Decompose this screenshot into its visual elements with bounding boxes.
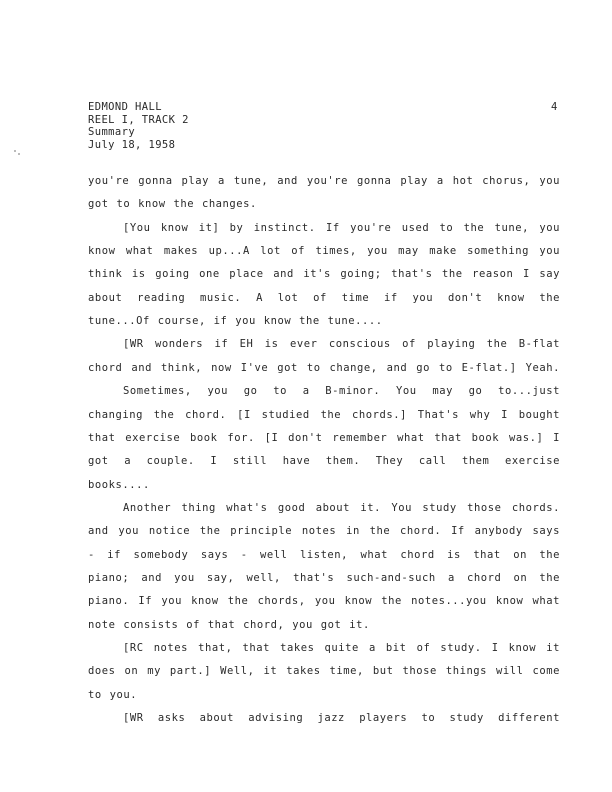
text-line: think is going one place and it's going;…: [88, 268, 560, 280]
text-line: Sometimes, you go to a B-minor. You may …: [88, 385, 560, 397]
header-type: Summary: [88, 126, 189, 139]
text-line: changing the chord. [I studied the chord…: [88, 409, 560, 421]
text-line: piano. If you know the chords, you know …: [88, 595, 560, 607]
text-line: does on my part.] Well, it takes time, b…: [88, 665, 560, 677]
text-line: piano; and you say, well, that's such-an…: [88, 572, 560, 584]
text-line: [You know it] by instinct. If you're use…: [88, 222, 560, 234]
header-reel: REEL I, TRACK 2: [88, 114, 189, 127]
page-number: 4: [551, 101, 557, 113]
text-line: note consists of that chord, you got it.: [88, 619, 560, 631]
document-page: EDMOND HALL REEL I, TRACK 2 Summary July…: [0, 0, 612, 792]
text-line: got a couple. I still have them. They ca…: [88, 455, 560, 467]
text-line: got to know the changes.: [88, 198, 560, 210]
scan-smudge: [12, 150, 26, 156]
text-line: [WR asks about advising jazz players to …: [88, 712, 560, 724]
text-line: about reading music. A lot of time if yo…: [88, 292, 560, 304]
text-line: - if somebody says - well listen, what c…: [88, 549, 560, 561]
text-line: chord and think, now I've got to change,…: [88, 362, 560, 374]
document-header: EDMOND HALL REEL I, TRACK 2 Summary July…: [88, 101, 189, 151]
text-line: and you notice the principle notes in th…: [88, 525, 560, 537]
text-line: to you.: [88, 689, 560, 701]
text-line: that exercise book for. [I don't remembe…: [88, 432, 560, 444]
text-line: [RC notes that, that takes quite a bit o…: [88, 642, 560, 654]
text-line: Another thing what's good about it. You …: [88, 502, 560, 514]
header-date: July 18, 1958: [88, 139, 189, 152]
text-line: books....: [88, 479, 560, 491]
text-line: [WR wonders if EH is ever conscious of p…: [88, 338, 560, 350]
text-line: tune...Of course, if you know the tune..…: [88, 315, 560, 327]
text-line: you're gonna play a tune, and you're gon…: [88, 175, 560, 187]
header-name: EDMOND HALL: [88, 101, 189, 114]
text-line: know what makes up...A lot of times, you…: [88, 245, 560, 257]
